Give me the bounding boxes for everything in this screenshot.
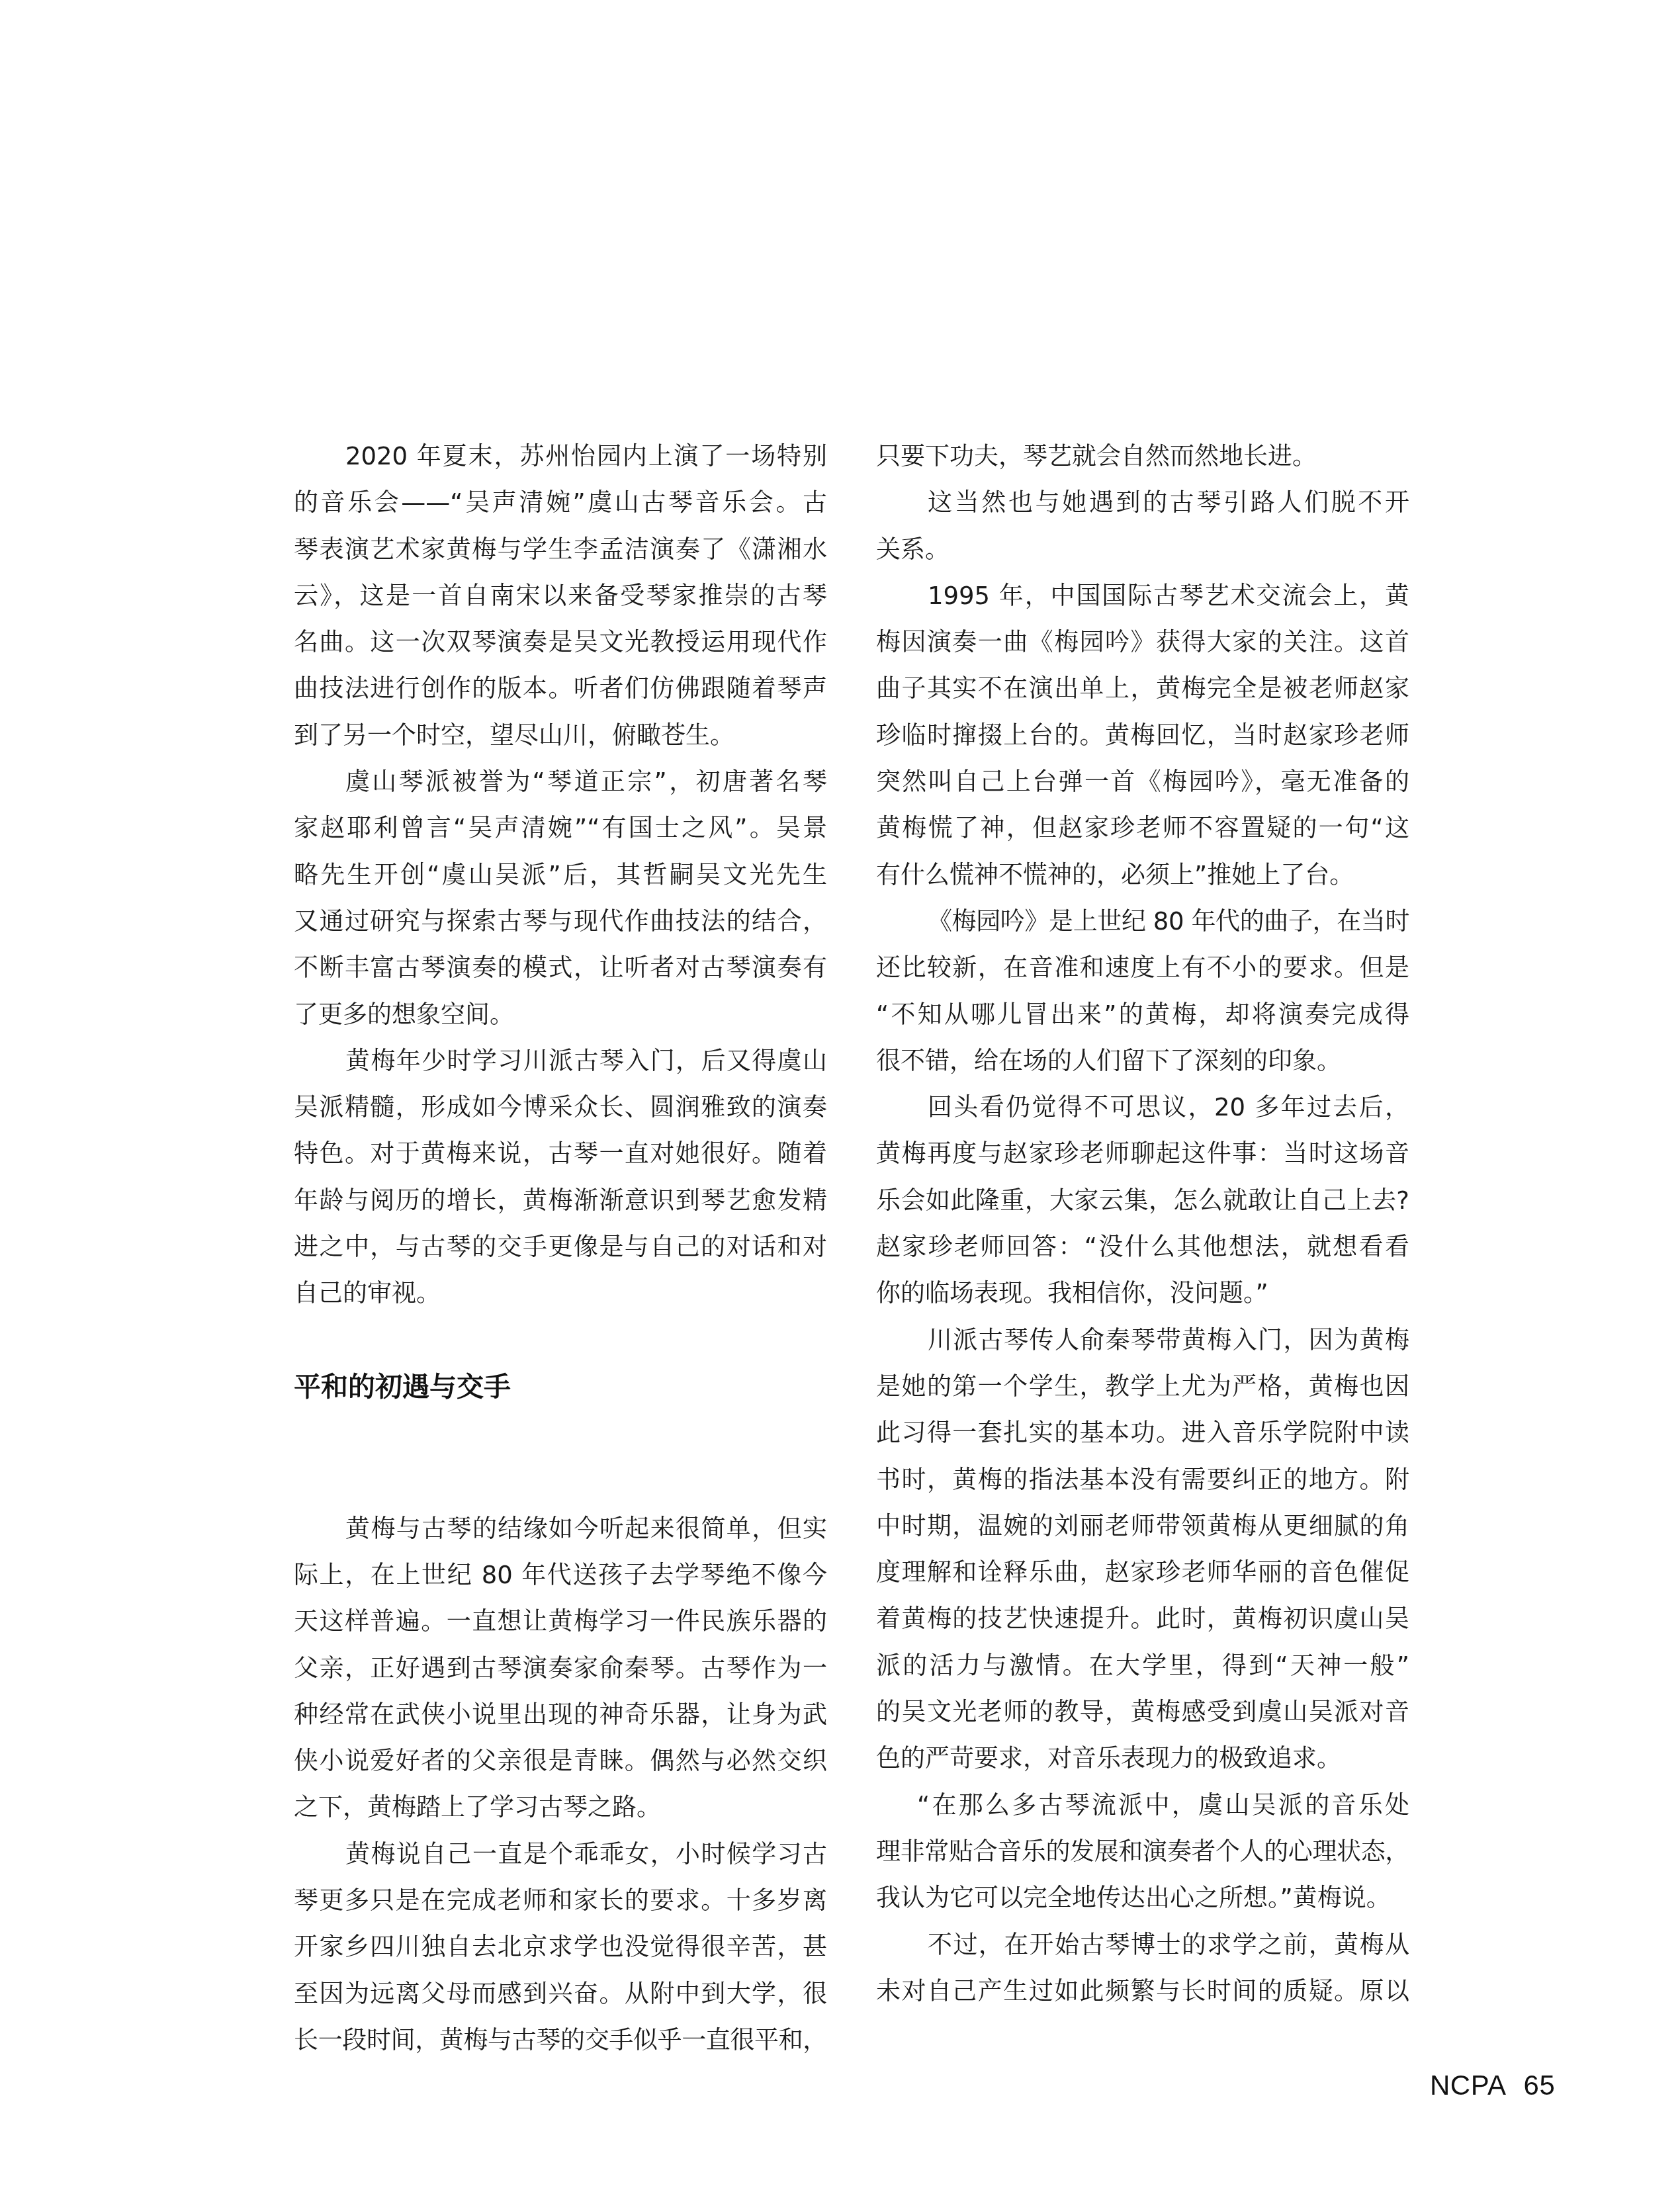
text-line: 你的临场表现。我相信你，没问题。” [876, 1270, 1409, 1317]
text-line: 中时期，温婉的刘丽老师带领黄梅从更细腻的角 [876, 1503, 1409, 1550]
paragraph: “在那么多古琴流派中，虞山吴派的音乐处理非常贴合音乐的发展和演奏者个人的心理状态… [876, 1782, 1409, 1922]
section-first-encounter: 黄梅与古琴的结缘如今听起来很简单，但实际上，在上世纪 80 年代送孩子去学琴绝不… [294, 1506, 827, 2064]
text-line: 不断丰富古琴演奏的模式，让听者对古琴演奏有 [294, 945, 827, 991]
text-line: 《梅园吟》是上世纪 80 年代的曲子，在当时 [876, 898, 1409, 945]
paragraph: 虞山琴派被誉为“琴道正宗”，初唐著名琴家赵耶利曾言“吴声清婉”“有国士之风”。吴… [294, 759, 827, 1038]
text-line: 不过，在开始古琴博士的求学之前，黄梅从 [876, 1922, 1409, 1968]
text-line: 曲技法进行创作的版本。听者们仿佛跟随着琴声 [294, 666, 827, 712]
text-line: 这当然也与她遇到的古琴引路人们脱不开 [876, 480, 1409, 526]
right-column: 只要下功夫，琴艺就会自然而然地长进。这当然也与她遇到的古琴引路人们脱不开关系。1… [876, 433, 1409, 2015]
text-line: 色的严苛要求，对音乐表现力的极致追求。 [876, 1735, 1409, 1782]
text-line: 只要下功夫，琴艺就会自然而然地长进。 [876, 433, 1409, 480]
text-line: 际上，在上世纪 80 年代送孩子去学琴绝不像今 [294, 1552, 827, 1598]
text-line: 略先生开创“虞山吴派”后，其哲嗣吴文光先生 [294, 852, 827, 898]
text-line: 有什么慌神不慌神的，必须上”推她上了台。 [876, 852, 1409, 898]
text-line: 了更多的想象空间。 [294, 992, 827, 1038]
text-line: 关系。 [876, 527, 1409, 573]
page-footer: NCPA65 [1430, 2070, 1555, 2101]
paragraph: 《梅园吟》是上世纪 80 年代的曲子，在当时还比较新，在音准和速度上有不小的要求… [876, 898, 1409, 1084]
section-intro: 2020 年夏末，苏州怡园内上演了一场特别的音乐会——“吴声清婉”虞山古琴音乐会… [294, 433, 827, 1317]
text-line: 1995 年，中国国际古琴艺术交流会上，黄 [876, 573, 1409, 619]
text-line: 云》，这是一首自南宋以来备受琴家推崇的古琴 [294, 573, 827, 619]
text-line: 度理解和诠释乐曲，赵家珍老师华丽的音色催促 [876, 1550, 1409, 1596]
text-line: 进之中，与古琴的交手更像是与自己的对话和对 [294, 1224, 827, 1270]
paragraph: 回头看仍觉得不可思议，20 多年过去后，黄梅再度与赵家珍老师聊起这件事：当时这场… [876, 1084, 1409, 1317]
text-line: 天这样普遍。一直想让黄梅学习一件民族乐器的 [294, 1598, 827, 1645]
text-line: 琴表演艺术家黄梅与学生李孟洁演奏了《潇湘水 [294, 527, 827, 573]
text-line: 还比较新，在音准和速度上有不小的要求。但是 [876, 945, 1409, 991]
text-line: 虞山琴派被誉为“琴道正宗”，初唐著名琴 [294, 759, 827, 805]
text-line: 至因为远离父母而感到兴奋。从附中到大学，很 [294, 1971, 827, 2017]
paragraph: 黄梅年少时学习川派古琴入门，后又得虞山吴派精髓，形成如今博采众长、圆润雅致的演奏… [294, 1038, 827, 1317]
paragraph: 黄梅与古琴的结缘如今听起来很简单，但实际上，在上世纪 80 年代送孩子去学琴绝不… [294, 1506, 827, 1831]
text-line: 又通过研究与探索古琴与现代作曲技法的结合， [294, 898, 827, 945]
text-line: 父亲，正好遇到古琴演奏家俞秦琴。古琴作为一 [294, 1645, 827, 1692]
text-line: 种经常在武侠小说里出现的神奇乐器，让身为武 [294, 1692, 827, 1738]
text-line: 赵家珍老师回答：“没什么其他想法，就想看看 [876, 1224, 1409, 1270]
magazine-brand: NCPA [1430, 2070, 1507, 2101]
page-number: 65 [1524, 2070, 1556, 2101]
text-line: 自己的审视。 [294, 1270, 827, 1317]
text-line: 川派古琴传人俞秦琴带黄梅入门，因为黄梅 [876, 1317, 1409, 1364]
text-line: 此习得一套扎实的基本功。进入音乐学院附中读 [876, 1410, 1409, 1456]
paragraph: 不过，在开始古琴博士的求学之前，黄梅从未对自己产生过如此频繁与长时间的质疑。原以 [876, 1922, 1409, 2015]
paragraph: 1995 年，中国国际古琴艺术交流会上，黄梅因演奏一曲《梅园吟》获得大家的关注。… [876, 573, 1409, 898]
paragraph: 这当然也与她遇到的古琴引路人们脱不开关系。 [876, 480, 1409, 573]
text-line: 黄梅年少时学习川派古琴入门，后又得虞山 [294, 1038, 827, 1084]
text-line: 我认为它可以完全地传达出心之所想。”黄梅说。 [876, 1875, 1409, 1921]
text-line: “不知从哪儿冒出来”的黄梅，却将演奏完成得 [876, 992, 1409, 1038]
text-line: 的音乐会——“吴声清婉”虞山古琴音乐会。古 [294, 480, 827, 526]
text-line: “在那么多古琴流派中，虞山吴派的音乐处 [876, 1782, 1409, 1829]
text-line: 黄梅慌了神，但赵家珍老师不容置疑的一句“这 [876, 805, 1409, 852]
text-line: 黄梅与古琴的结缘如今听起来很简单，但实 [294, 1506, 827, 1552]
paragraph: 川派古琴传人俞秦琴带黄梅入门，因为黄梅是她的第一个学生，教学上尤为严格，黄梅也因… [876, 1317, 1409, 1782]
text-line: 理非常贴合音乐的发展和演奏者个人的心理状态， [876, 1829, 1409, 1875]
text-line: 黄梅说自己一直是个乖乖女，小时候学习古 [294, 1831, 827, 1878]
text-line: 未对自己产生过如此频繁与长时间的质疑。原以 [876, 1968, 1409, 2015]
paragraph: 黄梅说自己一直是个乖乖女，小时候学习古琴更多只是在完成老师和家长的要求。十多岁离… [294, 1831, 827, 2064]
text-line: 突然叫自己上台弹一首《梅园吟》，毫无准备的 [876, 759, 1409, 805]
text-line: 开家乡四川独自去北京求学也没觉得很辛苦，甚 [294, 1924, 827, 1970]
text-line: 派的活力与激情。在大学里，得到“天神一般” [876, 1643, 1409, 1689]
text-line: 2020 年夏末，苏州怡园内上演了一场特别 [294, 433, 827, 480]
text-line: 名曲。这一次双琴演奏是吴文光教授运用现代作 [294, 619, 827, 666]
text-line: 之下，黄梅踏上了学习古琴之路。 [294, 1784, 827, 1831]
text-line: 长一段时间，黄梅与古琴的交手似乎一直很平和， [294, 2017, 827, 2064]
paragraph: 2020 年夏末，苏州怡园内上演了一场特别的音乐会——“吴声清婉”虞山古琴音乐会… [294, 433, 827, 759]
text-line: 的吴文光老师的教导，黄梅感受到虞山吴派对音 [876, 1689, 1409, 1735]
section-heading: 平和的初遇与交手 [294, 1364, 827, 1456]
text-line: 琴更多只是在完成老师和家长的要求。十多岁离 [294, 1878, 827, 1924]
text-line: 到了另一个时空，望尽山川，俯瞰苍生。 [294, 713, 827, 759]
text-line: 回头看仍觉得不可思议，20 多年过去后， [876, 1084, 1409, 1131]
text-line: 特色。对于黄梅来说，古琴一直对她很好。随着 [294, 1131, 827, 1177]
text-line: 是她的第一个学生，教学上尤为严格，黄梅也因 [876, 1364, 1409, 1410]
text-line: 家赵耶利曾言“吴声清婉”“有国士之风”。吴景 [294, 805, 827, 852]
text-line: 梅因演奏一曲《梅园吟》获得大家的关注。这首 [876, 619, 1409, 666]
text-line: 很不错，给在场的人们留下了深刻的印象。 [876, 1038, 1409, 1084]
text-line: 书时，黄梅的指法基本没有需要纠正的地方。附 [876, 1457, 1409, 1503]
paragraph: 只要下功夫，琴艺就会自然而然地长进。 [876, 433, 1409, 480]
text-line: 珍临时撺掇上台的。黄梅回忆，当时赵家珍老师 [876, 713, 1409, 759]
text-line: 黄梅再度与赵家珍老师聊起这件事：当时这场音 [876, 1131, 1409, 1177]
text-line: 年龄与阅历的增长，黄梅渐渐意识到琴艺愈发精 [294, 1178, 827, 1224]
text-line: 吴派精髓，形成如今博采众长、圆润雅致的演奏 [294, 1084, 827, 1131]
text-line: 曲子其实不在演出单上，黄梅完全是被老师赵家 [876, 666, 1409, 712]
left-column: 2020 年夏末，苏州怡园内上演了一场特别的音乐会——“吴声清婉”虞山古琴音乐会… [294, 433, 827, 2064]
text-line: 侠小说爱好者的父亲很是青睐。偶然与必然交织 [294, 1738, 827, 1784]
text-line: 着黄梅的技艺快速提升。此时，黄梅初识虞山吴 [876, 1596, 1409, 1642]
text-line: 乐会如此隆重，大家云集，怎么就敢让自己上去? [876, 1178, 1409, 1224]
